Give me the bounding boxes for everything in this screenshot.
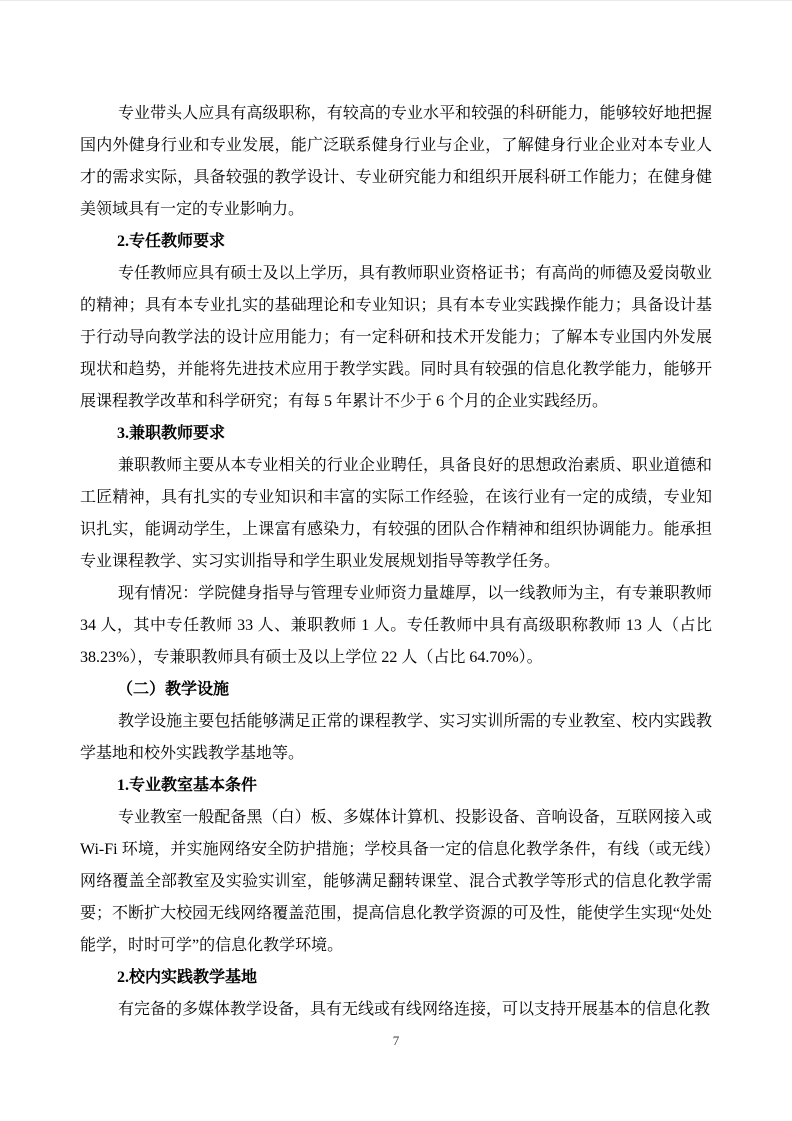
paragraph-campus-practice-base: 有完备的多媒体教学设备，具有无线或有线网络连接，可以支持开展基本的信息化教	[80, 994, 712, 1026]
heading-parttime-teacher-requirements: 3.兼职教师要求	[80, 418, 712, 450]
paragraph-current-staff-situation: 现有情况：学院健身指导与管理专业师资力量雄厚，以一线教师为主，有专兼职教师 34…	[80, 578, 712, 674]
heading-campus-practice-base: 2.校内实践教学基地	[80, 962, 712, 994]
heading-teaching-facilities: （二）教学设施	[80, 674, 712, 706]
heading-fulltime-teacher-requirements: 2.专任教师要求	[80, 226, 712, 258]
document-page: 专业带头人应具有高级职称，有较高的专业水平和较强的科研能力，能够较好地把握国内外…	[0, 0, 792, 1121]
heading-classroom-basic-conditions: 1.专业教室基本条件	[80, 770, 712, 802]
paragraph-teaching-facilities-overview: 教学设施主要包括能够满足正常的课程教学、实习实训所需的专业教室、校内实践教学基地…	[80, 706, 712, 770]
page-number: 7	[0, 1032, 792, 1050]
document-body: 专业带头人应具有高级职称，有较高的专业水平和较强的科研能力，能够较好地把握国内外…	[80, 98, 712, 1026]
paragraph-classroom-basic-conditions: 专业教室一般配备黑（白）板、多媒体计算机、投影设备、音响设备，互联网接入或 Wi…	[80, 802, 712, 962]
paragraph-fulltime-teacher-requirements: 专任教师应具有硕士及以上学历，具有教师职业资格证书；有高尚的师德及爱岗敬业的精神…	[80, 258, 712, 418]
paragraph-leader-requirements: 专业带头人应具有高级职称，有较高的专业水平和较强的科研能力，能够较好地把握国内外…	[80, 98, 712, 226]
paragraph-parttime-teacher-requirements: 兼职教师主要从本专业相关的行业企业聘任，具备良好的思想政治素质、职业道德和工匠精…	[80, 450, 712, 578]
